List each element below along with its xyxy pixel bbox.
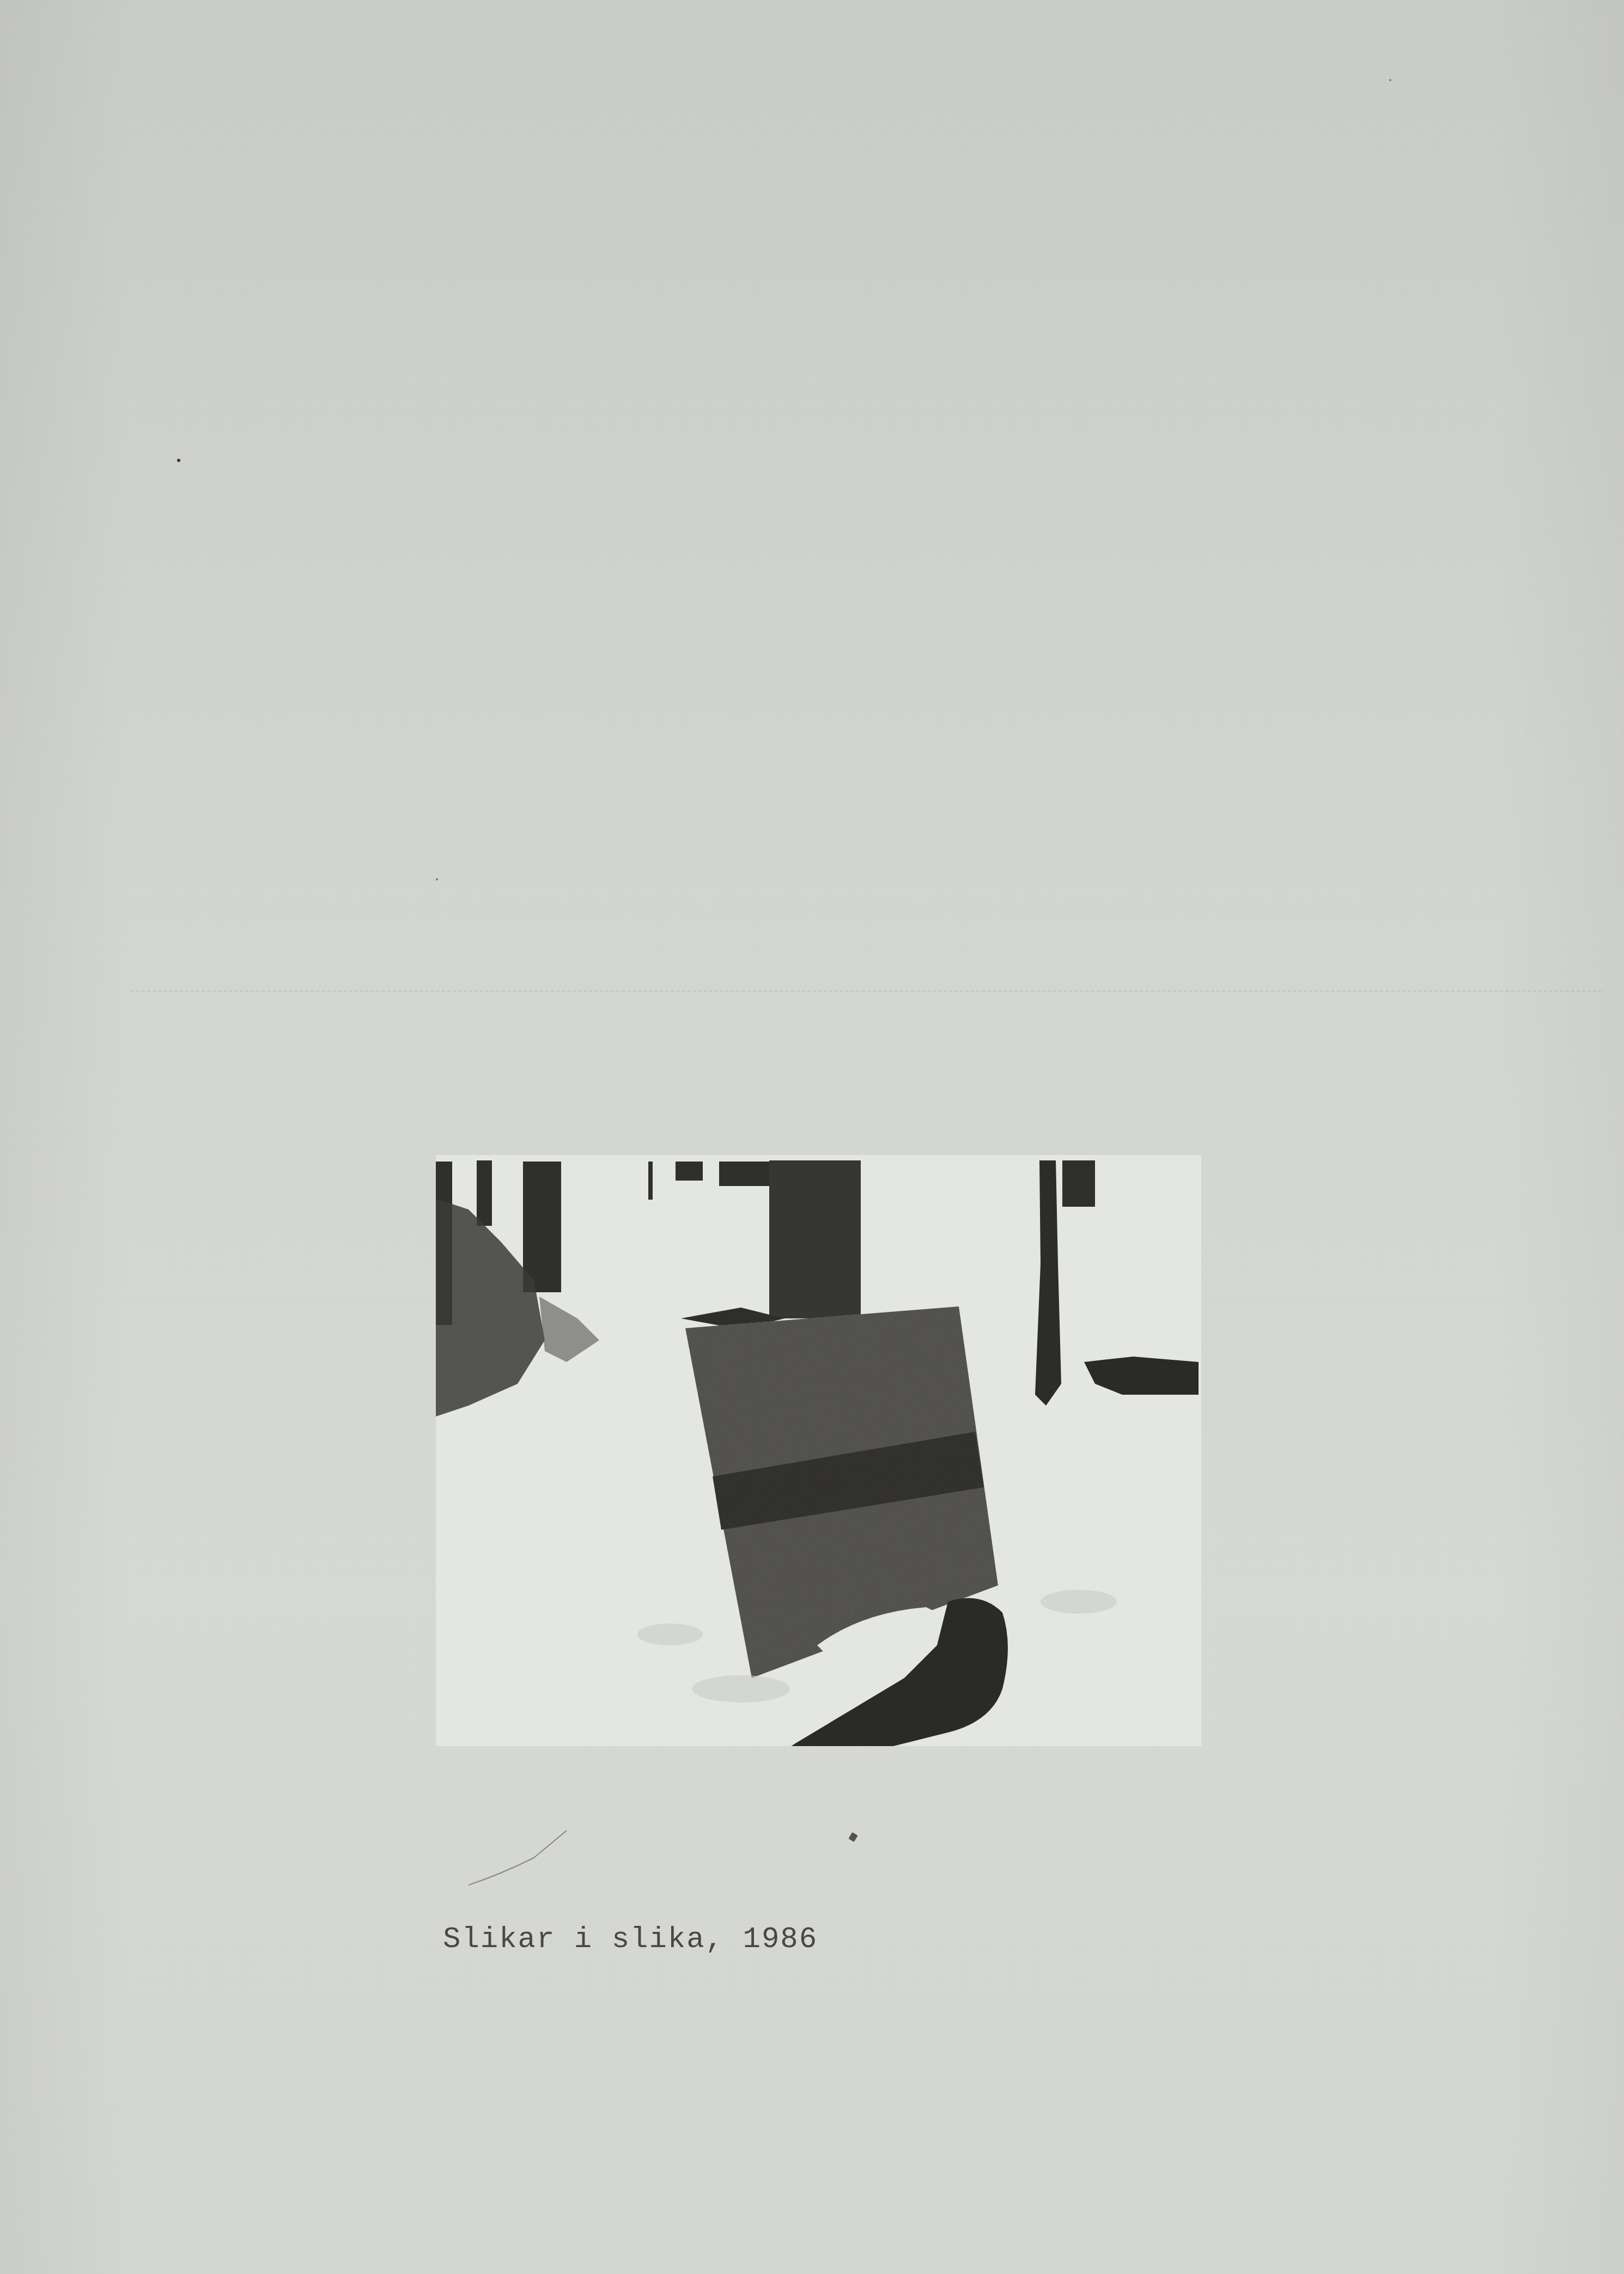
- paper-speck: [436, 878, 438, 880]
- photograph: [436, 1155, 1201, 1746]
- paper-speck: [848, 1832, 857, 1842]
- paper-speck: [1389, 79, 1391, 81]
- pencil-mark: [469, 1825, 577, 1890]
- paper-speck: [177, 459, 180, 462]
- fold-line: [131, 990, 1602, 992]
- photo-caption: Slikar i slika, 1986: [443, 1923, 818, 1956]
- photo-image: [436, 1155, 1201, 1746]
